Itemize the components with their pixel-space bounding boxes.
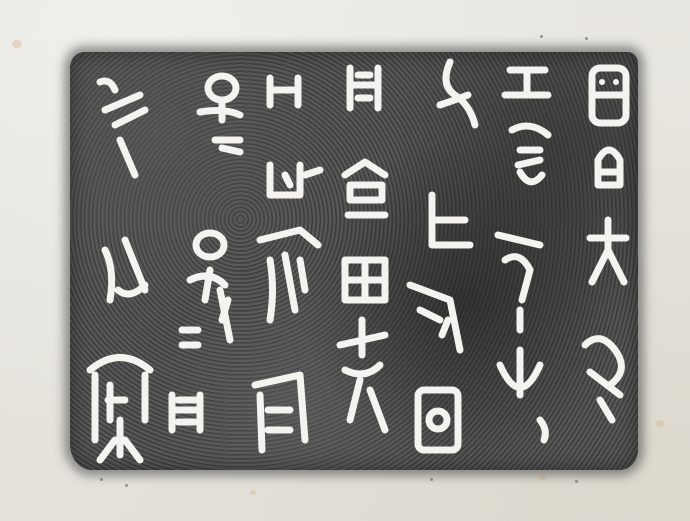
inscription-column-7 bbox=[90, 81, 150, 460]
inscription-column-6 bbox=[172, 76, 240, 430]
inscription-column-3 bbox=[410, 62, 475, 450]
inscription-column-5 bbox=[255, 78, 320, 450]
inscription-column-2 bbox=[498, 70, 548, 440]
inscription-characters bbox=[0, 0, 690, 521]
inscription-column-4 bbox=[340, 68, 385, 430]
inscription-column-1 bbox=[585, 68, 626, 420]
